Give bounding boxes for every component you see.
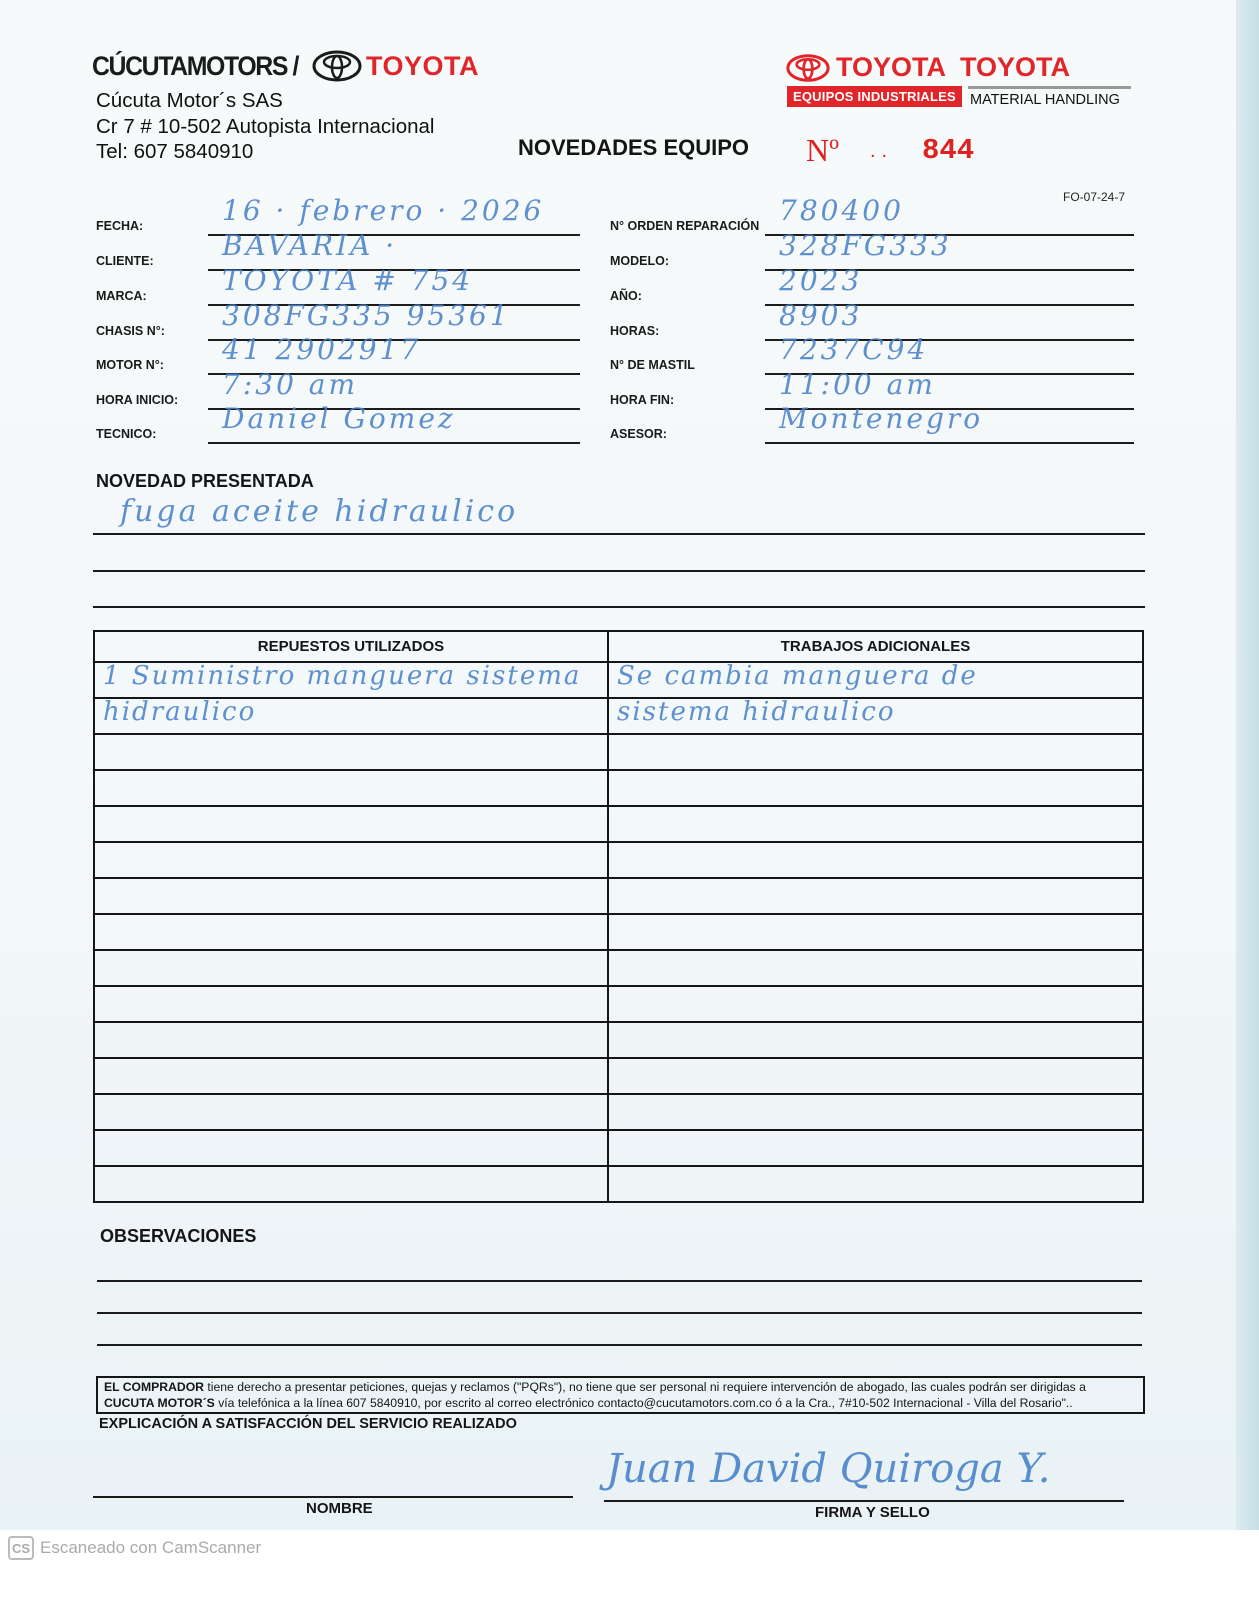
field-label: CLIENTE: [96, 254, 154, 268]
trabajo-cell[interactable] [609, 771, 1142, 805]
table-row [95, 735, 1142, 771]
observaciones-line-1 [97, 1280, 1142, 1282]
trabajo-cell[interactable] [609, 987, 1142, 1021]
field-label: MODELO: [610, 254, 669, 268]
repuesto-cell[interactable] [95, 807, 609, 841]
novedad-line-2 [93, 570, 1145, 572]
repuesto-cell[interactable]: 1 Suministro manguera sistema [95, 663, 609, 697]
field-value[interactable]: 7237C94 [779, 333, 928, 366]
observaciones-title: OBSERVACIONES [100, 1226, 256, 1247]
field-label: HORAS: [610, 324, 659, 338]
page-edge [1236, 0, 1259, 1530]
field-label: N° ORDEN REPARACIÓN [610, 219, 759, 233]
observaciones-line-3 [97, 1344, 1142, 1346]
cell-value: hidraulico [103, 697, 256, 727]
field-value[interactable]: 2023 [779, 264, 862, 297]
field-value[interactable]: Daniel Gomez [222, 402, 456, 435]
table-row [95, 1023, 1142, 1059]
repuesto-cell[interactable] [95, 1059, 609, 1093]
trabajo-cell[interactable] [609, 915, 1142, 949]
repuesto-cell[interactable] [95, 771, 609, 805]
field-underline [765, 442, 1134, 444]
novedad-line-3 [93, 606, 1145, 608]
table-row [95, 915, 1142, 951]
trabajo-cell[interactable] [609, 1023, 1142, 1057]
table-row [95, 879, 1142, 915]
toyota-wordmark-2: TOYOTA [960, 52, 1070, 83]
repuesto-cell[interactable] [95, 843, 609, 877]
pqr-notice: EL COMPRADOR tiene derecho a presentar p… [96, 1376, 1145, 1414]
brand-logo-left: CÚCUTAMOTORS / TOYOTA [92, 50, 479, 82]
field-underline [208, 442, 580, 444]
table-row [95, 987, 1142, 1023]
repuesto-cell[interactable] [95, 879, 609, 913]
pqr-text-1: tiene derecho a presentar peticiones, qu… [204, 1380, 1086, 1394]
table-row [95, 1095, 1142, 1131]
trabajo-cell[interactable] [609, 843, 1142, 877]
toyota-emblem-icon [312, 50, 362, 82]
col-trabajos-adicionales: TRABAJOS ADICIONALES [609, 632, 1142, 661]
document-number: 844 [922, 134, 974, 167]
trabajo-cell[interactable] [609, 1131, 1142, 1165]
col-repuestos-utilizados: REPUESTOS UTILIZADOS [95, 632, 609, 661]
trabajo-cell[interactable] [609, 1095, 1142, 1129]
field-label: N° DE MASTIL [610, 358, 695, 372]
field-value[interactable]: 7:30 am [222, 368, 358, 401]
brand-toyota: TOYOTA [366, 51, 479, 82]
table-row: 1 Suministro manguera sistemaSe cambia m… [95, 663, 1142, 699]
field-label: HORA INICIO: [96, 393, 178, 407]
field-label: HORA FIN: [610, 393, 674, 407]
observaciones-line-2 [97, 1312, 1142, 1314]
camscanner-text: Escaneado con CamScanner [40, 1538, 261, 1558]
trabajo-cell[interactable] [609, 735, 1142, 769]
repuesto-cell[interactable] [95, 987, 609, 1021]
name-line [93, 1496, 573, 1498]
field-value[interactable]: 308FG335 95361 [222, 299, 511, 332]
company-address: Cr 7 # 10-502 Autopista Internacional [96, 114, 434, 140]
table-row [95, 807, 1142, 843]
divider [968, 86, 1131, 89]
field-label: TECNICO: [96, 427, 156, 441]
camscanner-icon: CS [8, 1536, 34, 1560]
table-row [95, 771, 1142, 807]
field-label: FECHA: [96, 219, 143, 233]
cell-value: 1 Suministro manguera sistema [103, 661, 581, 691]
number-label: Nº [806, 132, 839, 169]
field-label: CHASIS N°: [96, 324, 165, 338]
field-value[interactable]: 780400 [779, 194, 904, 227]
company-name: Cúcuta Motor´s SAS [96, 88, 434, 114]
brand-cucutamotors: CÚCUTAMOTORS / [92, 51, 298, 82]
trabajo-cell[interactable] [609, 1167, 1142, 1201]
company-info: Cúcuta Motor´s SAS Cr 7 # 10-502 Autopis… [96, 88, 434, 165]
trabajo-cell[interactable]: Se cambia manguera de [609, 663, 1142, 697]
field-label: MOTOR N°: [96, 358, 164, 372]
table-row [95, 843, 1142, 879]
table-header: REPUESTOS UTILIZADOS TRABAJOS ADICIONALE… [95, 632, 1142, 663]
equipos-industriales-badge: EQUIPOS INDUSTRIALES [787, 86, 962, 107]
table-row: hidraulicosistema hidraulico [95, 699, 1142, 735]
repuesto-cell[interactable] [95, 915, 609, 949]
field-value[interactable]: 16 · febrero · 2026 [222, 194, 544, 227]
pqr-bold-2: CUCUTA MOTOR´S [104, 1396, 215, 1410]
trabajo-cell[interactable]: sistema hidraulico [609, 699, 1142, 733]
table-row [95, 1059, 1142, 1095]
toyota-emblem-icon [786, 54, 830, 82]
cell-value: Se cambia manguera de [617, 661, 978, 691]
repuesto-cell[interactable] [95, 951, 609, 985]
field-label: AÑO: [610, 289, 642, 303]
toyota-wordmark-1: TOYOTA [836, 52, 946, 83]
repuesto-cell[interactable] [95, 1023, 609, 1057]
name-label: NOMBRE [306, 1500, 373, 1517]
number-dots: .. [870, 140, 893, 163]
parts-work-table: REPUESTOS UTILIZADOS TRABAJOS ADICIONALE… [93, 630, 1144, 1203]
table-row [95, 951, 1142, 987]
repuesto-cell[interactable] [95, 1167, 609, 1201]
pqr-text-2: vía telefónica a la línea 607 5840910, p… [215, 1396, 1073, 1410]
signature-line [604, 1500, 1124, 1502]
repuesto-cell[interactable] [95, 735, 609, 769]
novedad-title: NOVEDAD PRESENTADA [96, 471, 314, 492]
satisfaction-title: EXPLICACIÓN A SATISFACCIÓN DEL SERVICIO … [99, 1416, 517, 1432]
field-label: ASESOR: [610, 427, 667, 441]
table-row [95, 1167, 1142, 1201]
field-value[interactable]: 11:00 am [779, 368, 936, 401]
field-value[interactable]: 328FG333 [779, 229, 952, 262]
pqr-bold-1: EL COMPRADOR [104, 1380, 204, 1394]
field-label: MARCA: [96, 289, 147, 303]
trabajo-cell[interactable] [609, 951, 1142, 985]
field-value[interactable]: TOYOTA # 754 [222, 264, 473, 297]
field-value[interactable]: BAVARIA · [222, 229, 397, 262]
trabajo-cell[interactable] [609, 879, 1142, 913]
repuesto-cell[interactable] [95, 1095, 609, 1129]
repuesto-cell[interactable] [95, 1131, 609, 1165]
field-value[interactable]: Montenegro [779, 402, 983, 435]
repuesto-cell[interactable]: hidraulico [95, 699, 609, 733]
novedad-line-1 [93, 533, 1145, 535]
camscanner-footer: CS Escaneado con CamScanner [8, 1536, 261, 1560]
signature-label: FIRMA Y SELLO [815, 1504, 930, 1521]
field-value[interactable]: 8903 [779, 299, 862, 332]
trabajo-cell[interactable] [609, 807, 1142, 841]
trabajo-cell[interactable] [609, 1059, 1142, 1093]
field-value[interactable]: 41 2902917 [222, 333, 421, 366]
table-row [95, 1131, 1142, 1167]
signature-value[interactable]: Juan David Quiroga Y. [606, 1446, 1050, 1492]
company-phone: Tel: 607 5840910 [96, 139, 434, 165]
material-handling-text: MATERIAL HANDLING [970, 92, 1120, 108]
cell-value: sistema hidraulico [617, 697, 895, 727]
brand-logo-right: TOYOTA TOYOTA [786, 52, 1070, 83]
novedad-line-1-value[interactable]: fuga aceite hidraulico [120, 494, 518, 529]
form-code: FO-07-24-7 [1063, 190, 1125, 204]
document-title: NOVEDADES EQUIPO [518, 135, 749, 161]
